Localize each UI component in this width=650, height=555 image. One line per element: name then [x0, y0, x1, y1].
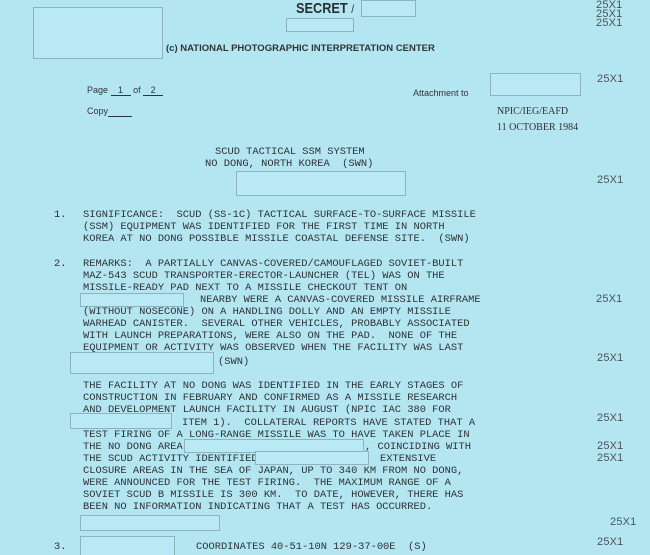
paragraph-line: , COINCIDING WITH	[365, 441, 471, 453]
redaction-box	[490, 73, 581, 96]
page-label: Page	[87, 85, 108, 95]
paragraph-line: CLOSURE AREAS IN THE SEA OF JAPAN, UP TO…	[83, 465, 463, 477]
of-label: of	[133, 85, 141, 95]
document-title: SCUD TACTICAL SSM SYSTEM	[215, 146, 365, 158]
paragraph-line: THE FACILITY AT NO DONG WAS IDENTIFIED I…	[83, 380, 463, 392]
paragraph-line: SOVIET SCUD B MISSILE IS 300 KM. TO DATE…	[83, 489, 463, 501]
page-indicator: Page 1 of 2	[87, 85, 163, 96]
page-total: 2	[143, 85, 163, 96]
redaction-box	[286, 18, 354, 32]
coordinates-line: COORDINATES 40-51-10N 129-37-00E (S)	[196, 541, 427, 553]
redaction-box	[361, 0, 416, 17]
redaction-box	[70, 352, 214, 374]
section-number: 3.	[54, 541, 66, 553]
exemption-code: 25X1	[597, 352, 624, 364]
exemption-code: 25X1	[597, 73, 624, 85]
redaction-box	[80, 536, 175, 555]
redaction-box	[80, 293, 184, 307]
paragraph-line: THE NO DONG AREA	[83, 441, 183, 453]
attachment-label: Attachment to	[413, 88, 469, 98]
document-date: 11 OCTOBER 1984	[497, 122, 578, 134]
paragraph-line: EXTENSIVE	[380, 453, 436, 465]
redaction-box	[70, 413, 172, 429]
redaction-box	[236, 171, 406, 196]
paragraph-line: (WITHOUT NOSECONE) ON A HANDLING DOLLY A…	[83, 306, 451, 318]
copy-label: Copy	[87, 106, 108, 116]
paragraph-line: WITH LAUNCH PREPARATIONS, WERE ALSO ON T…	[83, 330, 457, 342]
paragraph-line: REMARKS: A PARTIALLY CANVAS-COVERED/CAMO…	[83, 258, 463, 270]
exemption-code: 25X1	[597, 412, 624, 424]
classification-marking: SECRET /	[296, 0, 354, 17]
exemption-code: 25X1	[597, 174, 624, 186]
organization-name: (c) NATIONAL PHOTOGRAPHIC INTERPRETATION…	[166, 43, 435, 54]
page-number: 1	[111, 85, 131, 96]
redaction-box	[255, 451, 369, 465]
classification-separator: /	[351, 2, 354, 16]
paragraph-line: THE SCUD ACTIVITY IDENTIFIED	[83, 453, 258, 465]
redaction-box	[33, 7, 163, 59]
copy-field: Copy	[87, 106, 132, 117]
paragraph-line: MAZ-543 SCUD TRANSPORTER-ERECTOR-LAUNCHE…	[83, 270, 445, 282]
section-number: 2.	[54, 258, 66, 270]
exemption-code: 25X1	[597, 536, 624, 548]
paragraph-line: SIGNIFICANCE: SCUD (SS-1C) TACTICAL SURF…	[83, 209, 476, 221]
paragraph-line: (SSM) EQUIPMENT WAS IDENTIFIED FOR THE F…	[83, 221, 445, 233]
paragraph-line: WERE ANNOUNCED FOR THE TEST FIRING. THE …	[83, 477, 451, 489]
paragraph-line: CONSTRUCTION IN FEBRUARY AND CONFIRMED A…	[83, 392, 457, 404]
exemption-code: 25X1	[597, 452, 624, 464]
paragraph-line: KOREA AT NO DONG POSSIBLE MISSILE COASTA…	[83, 233, 470, 245]
exemption-code: 25X1	[596, 17, 623, 29]
redaction-box	[80, 515, 220, 531]
paragraph-line: (SWN)	[218, 356, 249, 368]
paragraph-line: NEARBY WERE A CANVAS-COVERED MISSILE AIR…	[200, 294, 481, 306]
exemption-code: 25X1	[597, 440, 624, 452]
paragraph-line: ITEM 1). COLLATERAL REPORTS HAVE STATED …	[182, 417, 475, 429]
exemption-code: 25X1	[596, 293, 623, 305]
classification-text: SECRET	[296, 0, 348, 17]
paragraph-line: BEEN NO INFORMATION INDICATING THAT A TE…	[83, 501, 432, 513]
office-code: NPIC/IEG/EAFD	[497, 106, 568, 118]
exemption-code: 25X1	[610, 516, 637, 528]
paragraph-line: WARHEAD CANISTER. SEVERAL OTHER VEHICLES…	[83, 318, 470, 330]
section-number: 1.	[54, 209, 66, 221]
document-location: NO DONG, NORTH KOREA (SWN)	[205, 158, 373, 170]
